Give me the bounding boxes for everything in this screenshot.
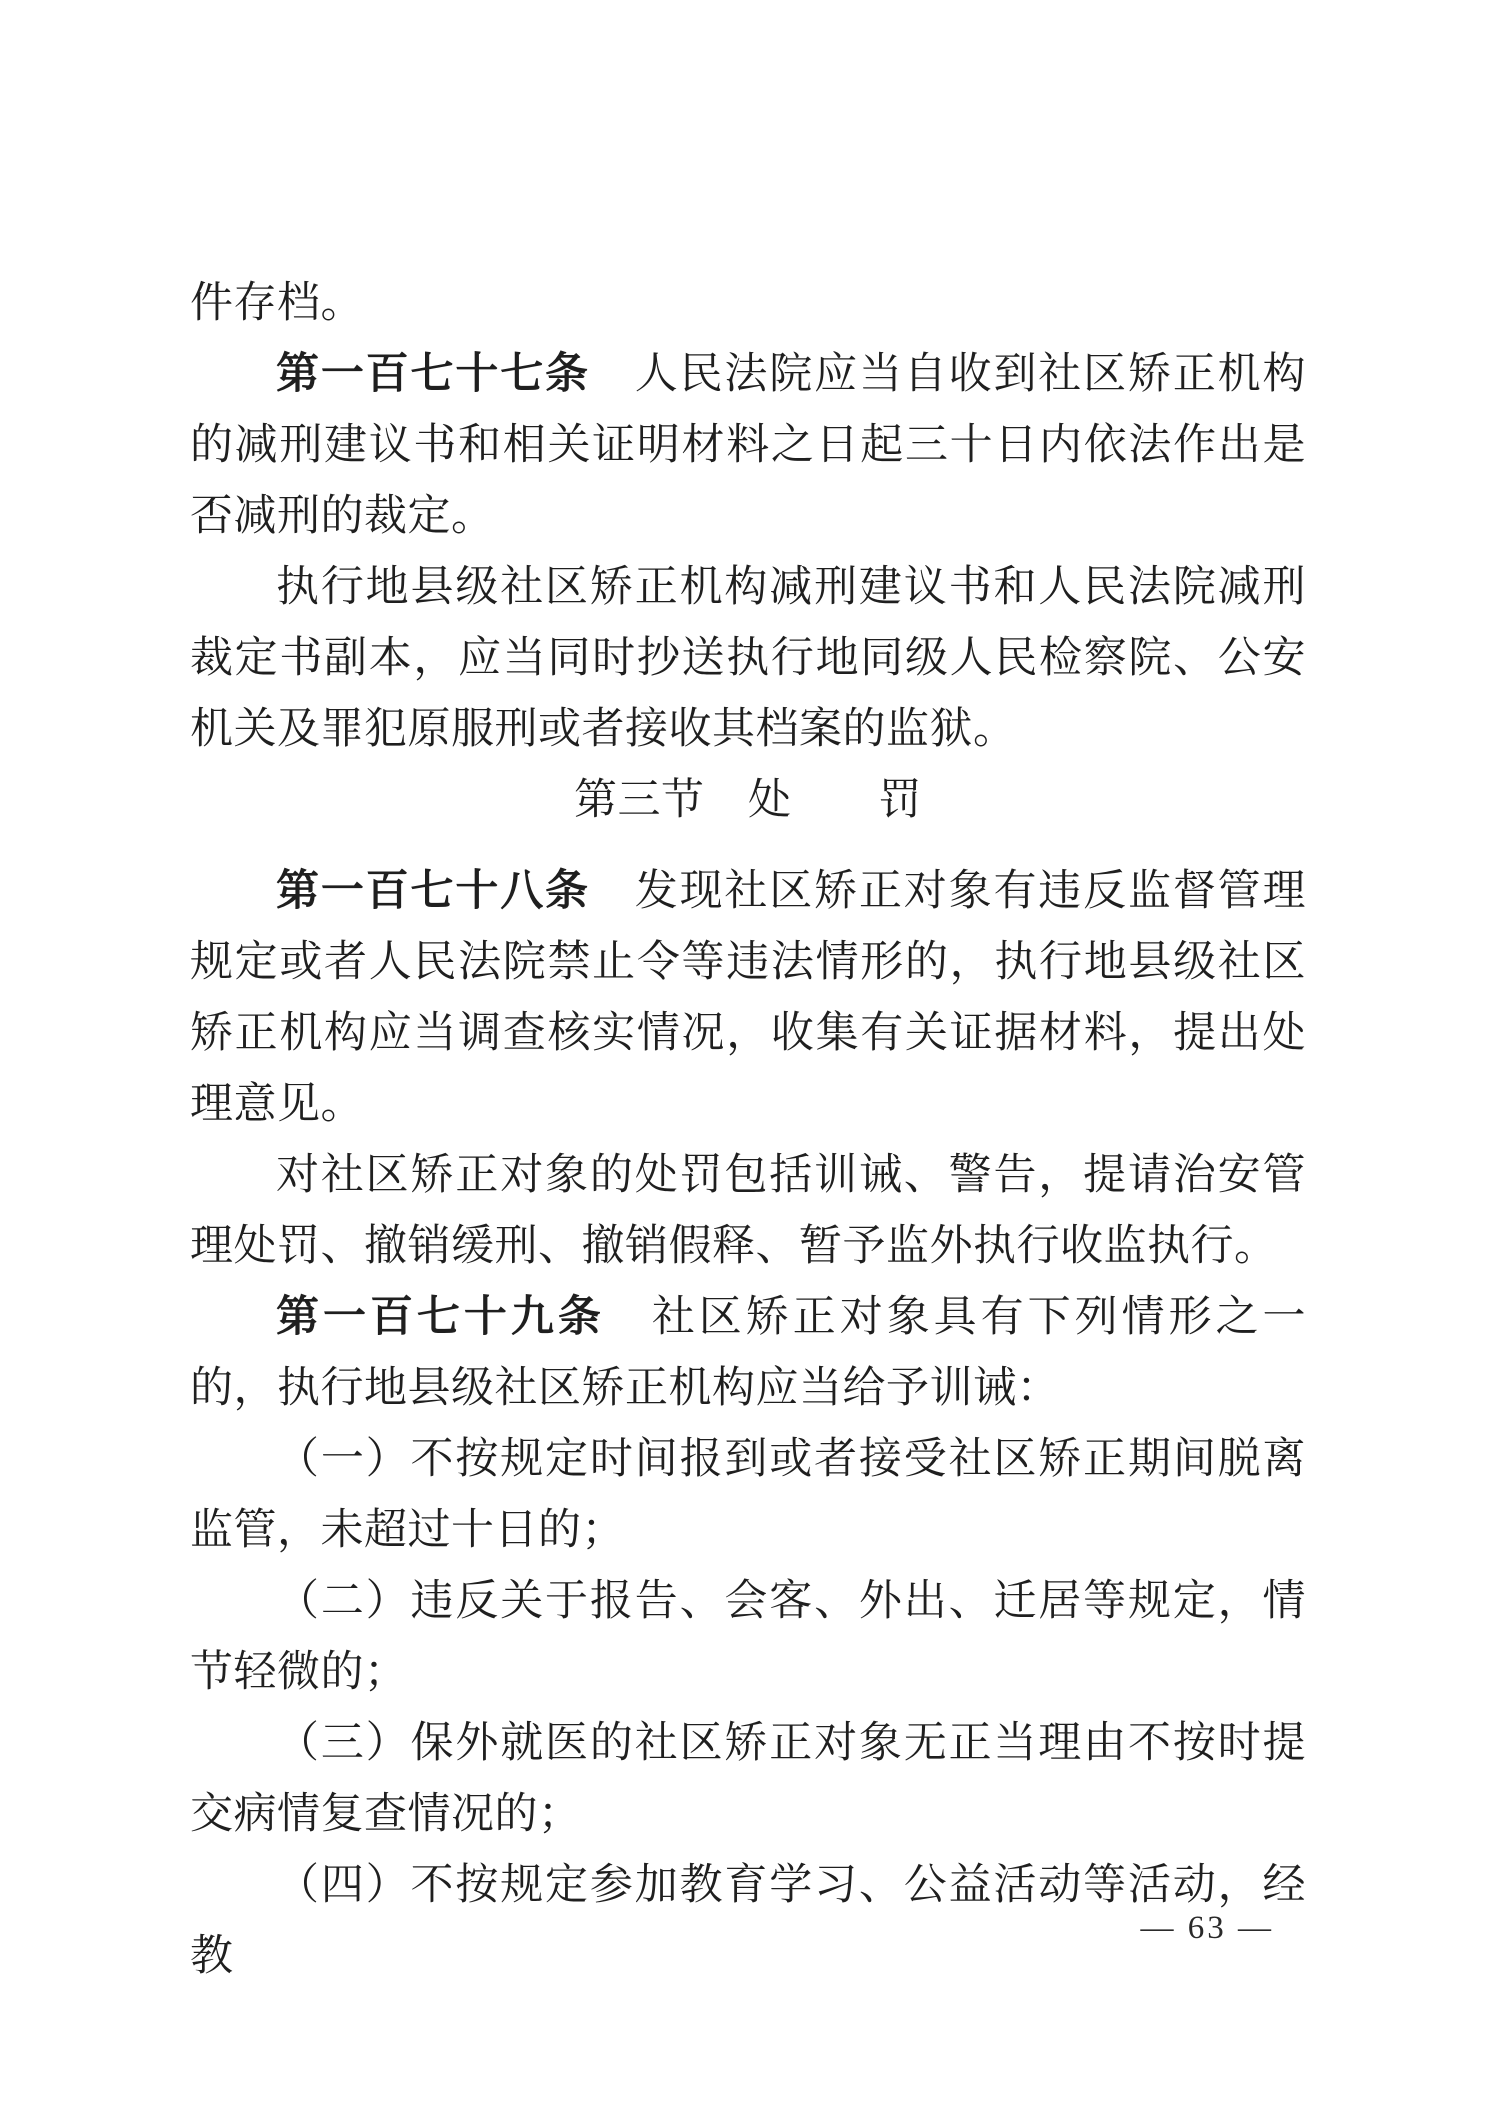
document-body: 件存档。第一百七十七条 人民法院应当自收到社区矫正机构的减刑建议书和相关证明材料…	[190, 268, 1306, 1992]
article-number-separator	[590, 868, 635, 915]
article-paragraph: 第一百七十七条 人民法院应当自收到社区矫正机构的减刑建议书和相关证明材料之日起三…	[190, 339, 1306, 552]
article-number-separator	[590, 351, 635, 398]
article-number: 第一百七十七条	[276, 350, 590, 398]
body-paragraph: 对社区矫正对象的处罚包括训诫、警告，提请治安管理处罚、撤销缓刑、撤销假释、暂予监…	[190, 1140, 1306, 1282]
article-paragraph: 第一百七十八条 发现社区矫正对象有违反监督管理规定或者人民法院禁止令等违法情形的…	[190, 856, 1306, 1140]
body-paragraph: 执行地县级社区矫正机构减刑建议书和人民法院减刑裁定书副本，应当同时抄送执行地同级…	[190, 552, 1306, 765]
document-page: 件存档。第一百七十七条 人民法院应当自收到社区矫正机构的减刑建议书和相关证明材料…	[0, 0, 1488, 2105]
body-paragraph: （二）违反关于报告、会客、外出、迁居等规定，情节轻微的；	[190, 1566, 1306, 1708]
section-heading: 第三节 处 罚	[190, 765, 1306, 836]
article-number-separator	[605, 1294, 652, 1341]
body-paragraph: （三）保外就医的社区矫正对象无正当理由不按时提交病情复查情况的；	[190, 1708, 1306, 1850]
article-paragraph: 第一百七十九条 社区矫正对象具有下列情形之一的，执行地县级社区矫正机构应当给予训…	[190, 1282, 1306, 1424]
body-paragraph: （一）不按规定时间报到或者接受社区矫正期间脱离监管，未超过十日的；	[190, 1424, 1306, 1566]
article-number: 第一百七十八条	[276, 867, 590, 915]
continuation-paragraph: 件存档。	[190, 268, 1306, 339]
article-number: 第一百七十九条	[276, 1293, 605, 1341]
page-number: — 63 —	[1141, 1908, 1275, 1948]
body-paragraph: （四）不按规定参加教育学习、公益活动等活动，经教	[190, 1850, 1306, 1992]
